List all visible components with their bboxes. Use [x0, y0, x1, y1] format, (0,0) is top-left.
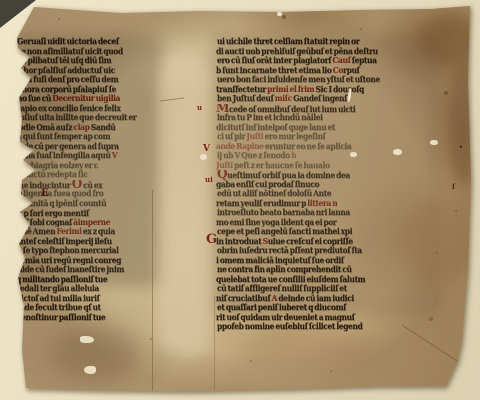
dirt-specks [0, 0, 2, 2]
margin-mark: G [206, 232, 217, 247]
damage-fleck [350, 152, 357, 157]
margin-mark: ſ [452, 182, 455, 191]
damage-fleck [84, 366, 96, 374]
margin-mark: V [203, 144, 210, 154]
damage-fleck [200, 154, 207, 160]
damage-fleck [277, 12, 282, 16]
parchment-leaf: Geruaſi uidit uictoria deceſne non aſimi… [0, 0, 480, 400]
margin-mark: ui [205, 175, 213, 184]
damage-fleck [430, 140, 438, 145]
manuscript-photo: Geruaſi uidit uictoria deceſne non aſimi… [0, 0, 480, 400]
leaf-shadow: Geruaſi uidit uictoria deceſne non aſimi… [0, 0, 480, 400]
margin-mark: u [197, 103, 202, 112]
margin-marks: VuiG•ſEu [0, 0, 480, 400]
damage-fleck [80, 336, 94, 343]
margin-mark: • [459, 144, 463, 151]
margin-mark: E [41, 188, 49, 199]
damage-fleck [393, 149, 402, 155]
